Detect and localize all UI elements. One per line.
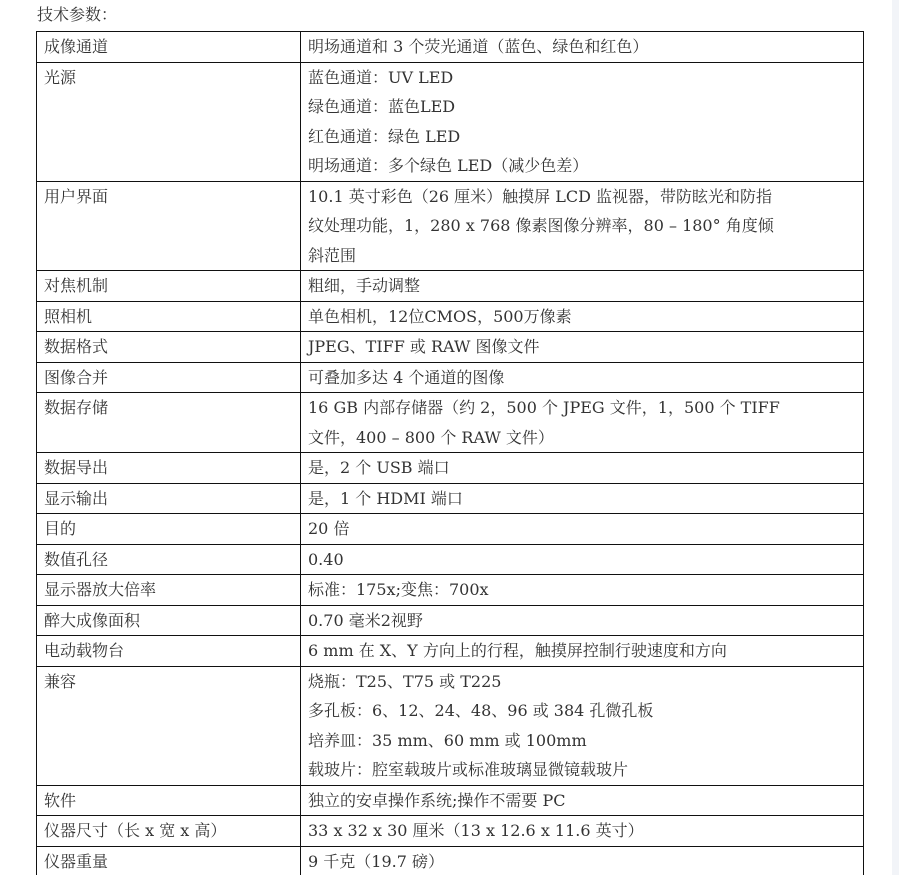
table-row: 软件 独立的安卓操作系统;操作不需要 PC	[37, 785, 864, 816]
table-row: 图像合并 可叠加多达 4 个通道的图像	[37, 362, 864, 393]
spec-value: 16 GB 内部存储器（约 2，500 个 JPEG 文件，1，500 个 TI…	[301, 393, 864, 453]
spec-label: 图像合并	[37, 362, 301, 393]
table-row: 仪器重量 9 千克（19.7 磅）	[37, 846, 864, 875]
spec-label: 显示输出	[37, 483, 301, 514]
section-heading: 技术参数：	[37, 4, 117, 26]
spec-value: 0.70 毫米2视野	[301, 605, 864, 636]
spec-value: 33 x 32 x 30 厘米（13 x 12.6 x 11.6 英寸）	[301, 816, 864, 847]
spec-table: 成像通道 明场通道和 3 个荧光通道（蓝色、绿色和红色） 光源 蓝色通道：UV …	[36, 31, 864, 875]
spec-value: 6 mm 在 X、Y 方向上的行程，触摸屏控制行驶速度和方向	[301, 636, 864, 667]
spec-value: 明场通道和 3 个荧光通道（蓝色、绿色和红色）	[301, 32, 864, 63]
table-row: 对焦机制 粗细，手动调整	[37, 271, 864, 302]
spec-value: 标准：175x;变焦：700x	[301, 575, 864, 606]
table-row: 醉大成像面积 0.70 毫米2视野	[37, 605, 864, 636]
spec-value: 20 倍	[301, 514, 864, 545]
spec-value: 独立的安卓操作系统;操作不需要 PC	[301, 785, 864, 816]
spec-label: 醉大成像面积	[37, 605, 301, 636]
spec-label: 数值孔径	[37, 544, 301, 575]
table-row: 兼容 烧瓶：T25、T75 或 T225 多孔板：6、12、24、48、96 或…	[37, 666, 864, 785]
table-row: 目的 20 倍	[37, 514, 864, 545]
spec-value: 是，2 个 USB 端口	[301, 453, 864, 484]
spec-label: 电动载物台	[37, 636, 301, 667]
table-row: 数据导出 是，2 个 USB 端口	[37, 453, 864, 484]
table-row: 仪器尺寸（长 x 宽 x 高） 33 x 32 x 30 厘米（13 x 12.…	[37, 816, 864, 847]
spec-value: 粗细，手动调整	[301, 271, 864, 302]
table-row: 显示输出 是，1 个 HDMI 端口	[37, 483, 864, 514]
spec-value: 蓝色通道：UV LED 绿色通道：蓝色LED 红色通道：绿色 LED 明场通道：…	[301, 62, 864, 181]
spec-label: 数据存储	[37, 393, 301, 453]
spec-label: 软件	[37, 785, 301, 816]
page-side-strip	[892, 0, 899, 875]
spec-label: 兼容	[37, 666, 301, 785]
spec-label: 照相机	[37, 301, 301, 332]
spec-value: 可叠加多达 4 个通道的图像	[301, 362, 864, 393]
table-row: 用户界面 10.1 英寸彩色（26 厘米）触摸屏 LCD 监视器，带防眩光和防指…	[37, 181, 864, 271]
spec-label: 目的	[37, 514, 301, 545]
spec-label: 对焦机制	[37, 271, 301, 302]
spec-label: 成像通道	[37, 32, 301, 63]
table-row: 数据格式 JPEG、TIFF 或 RAW 图像文件	[37, 332, 864, 363]
spec-value: JPEG、TIFF 或 RAW 图像文件	[301, 332, 864, 363]
spec-label: 数据格式	[37, 332, 301, 363]
spec-value: 是，1 个 HDMI 端口	[301, 483, 864, 514]
spec-value: 9 千克（19.7 磅）	[301, 846, 864, 875]
table-row: 数据存储 16 GB 内部存储器（约 2，500 个 JPEG 文件，1，500…	[37, 393, 864, 453]
spec-value: 0.40	[301, 544, 864, 575]
spec-value: 10.1 英寸彩色（26 厘米）触摸屏 LCD 监视器，带防眩光和防指 纹处理功…	[301, 181, 864, 271]
table-row: 照相机 单色相机，12位CMOS，500万像素	[37, 301, 864, 332]
spec-label: 数据导出	[37, 453, 301, 484]
table-row: 显示器放大倍率 标准：175x;变焦：700x	[37, 575, 864, 606]
spec-value: 单色相机，12位CMOS，500万像素	[301, 301, 864, 332]
table-row: 数值孔径 0.40	[37, 544, 864, 575]
table-row: 光源 蓝色通道：UV LED 绿色通道：蓝色LED 红色通道：绿色 LED 明场…	[37, 62, 864, 181]
spec-label: 用户界面	[37, 181, 301, 271]
spec-label: 仪器重量	[37, 846, 301, 875]
spec-label: 光源	[37, 62, 301, 181]
spec-label: 显示器放大倍率	[37, 575, 301, 606]
table-row: 成像通道 明场通道和 3 个荧光通道（蓝色、绿色和红色）	[37, 32, 864, 63]
spec-label: 仪器尺寸（长 x 宽 x 高）	[37, 816, 301, 847]
spec-value: 烧瓶：T25、T75 或 T225 多孔板：6、12、24、48、96 或 38…	[301, 666, 864, 785]
table-row: 电动载物台 6 mm 在 X、Y 方向上的行程，触摸屏控制行驶速度和方向	[37, 636, 864, 667]
